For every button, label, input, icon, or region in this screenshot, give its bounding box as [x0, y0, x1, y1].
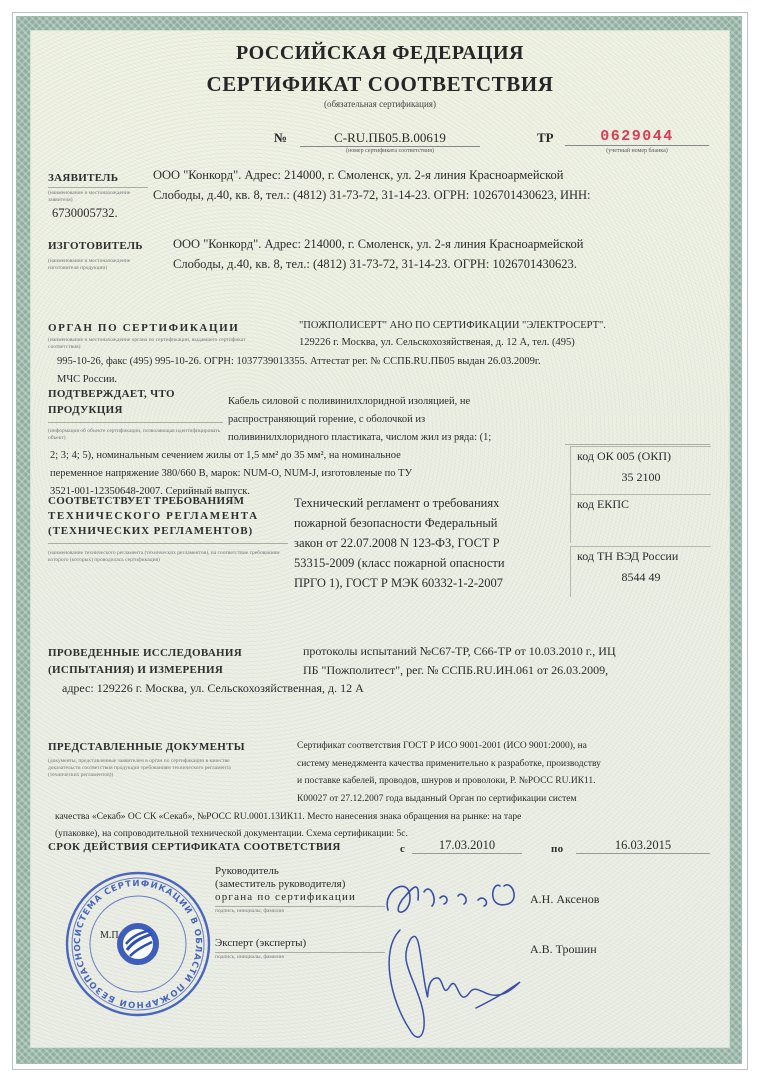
documents-line-3: и поставке кабелей, проводов, шнуров и п… [297, 773, 596, 791]
tp-label: ТР [537, 130, 554, 146]
documents-line-5: качества «Секаб» ОС СК «Секаб», №РОСС RU… [55, 809, 521, 827]
product-line-5: переменное напряжение 380/660 В, марок: … [50, 465, 412, 482]
head-title-line-2: (заместитель руководителя) [215, 878, 345, 890]
documents-caption: (документы, представленные заявителем в … [48, 758, 248, 779]
number-label: № [274, 130, 287, 146]
expert-signature-caption: подпись, инициалы, фамилия [215, 954, 284, 960]
applicant-line-2: Слободы, д.40, кв. 8, тел.: (4812) 31-73… [153, 186, 591, 205]
expert-signature-icon [380, 920, 540, 1050]
documents-line-2: систему менеджмента качества применитель… [297, 756, 601, 774]
code-ekps-label: код ЕКПС [571, 495, 711, 512]
applicant-label: ЗАЯВИТЕЛЬ [48, 172, 118, 184]
product-label-line-1: ПОДТВЕРЖДАЕТ, ЧТО [48, 388, 175, 400]
divider [215, 906, 385, 907]
tests-line-3: адрес: 129226 г. Москва, ул. Сельскохозя… [62, 679, 364, 698]
manufacturer-line-1: ООО "Конкорд". Адрес: 214000, г. Смоленс… [173, 235, 583, 254]
code-ekps-box: код ЕКПС [570, 494, 711, 543]
certificate-title: СЕРТИФИКАТ СООТВЕТСТВИЯ [0, 72, 760, 97]
product-caption: (информация об объекте сертификации, поз… [48, 428, 223, 442]
head-title-line-1: Руководитель [215, 865, 279, 877]
blank-serial-caption: (учетный номер бланка) [565, 148, 709, 154]
divider [48, 187, 148, 188]
validity-to-label: по [551, 843, 563, 855]
tests-line-2: ПБ "Пожполитест", рег. № ССПБ.RU.ИН.061 … [303, 661, 608, 680]
documents-label: ПРЕДСТАВЛЕННЫЕ ДОКУМЕНТЫ [48, 741, 245, 753]
certification-body-caption: (наименование и местонахождение органа п… [48, 337, 278, 351]
regulations-line-2: пожарной безопасности Федеральный [294, 514, 497, 533]
manufacturer-caption: (наименование и местонахождение изготови… [48, 258, 148, 272]
validity-from-date: 17.03.2010 [412, 838, 522, 854]
divider [48, 422, 223, 423]
product-line-2: распространяющий горение, с оболочкой из [228, 411, 425, 428]
code-tnved-value: 8544 49 [571, 564, 711, 585]
certification-body-line-1: "ПОЖПОЛИСЕРТ" АНО ПО СЕРТИФИКАЦИИ "ЭЛЕКТ… [299, 317, 606, 334]
certificate-number: C-RU.ПБ05.В.00619 [300, 130, 480, 147]
certification-stamp-icon: СИСТЕМА СЕРТИФИКАЦИИ В ОБЛАСТИ ПОЖАРНОЙ … [64, 870, 212, 1018]
regulations-line-3: закон от 22.07.2008 N 123-ФЗ, ГОСТ Р [294, 534, 500, 553]
head-name: А.Н. Аксенов [530, 892, 599, 907]
product-line-4: 2; 3; 4; 5), номинальным сечением жилы о… [50, 447, 401, 464]
manufacturer-label: ИЗГОТОВИТЕЛЬ [48, 240, 143, 252]
regulations-label-line-3: (ТЕХНИЧЕСКИХ РЕГЛАМЕНТОВ) [48, 525, 253, 537]
validity-label: СРОК ДЕЙСТВИЯ СЕРТИФИКАТА СООТВЕТСТВИЯ [48, 841, 341, 853]
tests-line-1: протоколы испытаний №С67-ТР, С66-ТР от 1… [303, 642, 616, 661]
head-signature-caption: подпись, инициалы, фамилия [215, 908, 284, 914]
head-title-line-3: органа по сертификации [215, 891, 356, 903]
tests-label-line-2: (ИСПЫТАНИЯ) И ИЗМЕРЕНИЯ [48, 664, 223, 676]
certification-body-line-3: 995-10-26, факс (495) 995-10-26. ОГРН: 1… [57, 353, 541, 370]
divider [215, 952, 385, 953]
applicant-inn: 6730005732. [52, 204, 118, 223]
validity-from-label: с [400, 843, 405, 855]
manufacturer-line-2: Слободы, д.40, кв. 8, тел.: (4812) 31-73… [173, 255, 577, 274]
blank-serial-number: 0629044 [565, 128, 709, 146]
code-okp-value: 35 2100 [571, 464, 711, 485]
applicant-line-1: ООО "Конкорд". Адрес: 214000, г. Смоленс… [153, 166, 563, 185]
regulations-line-5: ПРГО 1), ГОСТ Р МЭК 60332-1-2-2007 [294, 574, 503, 593]
regulations-caption: (наименование технического регламента (т… [48, 550, 283, 564]
code-ekps-value [571, 512, 711, 518]
documents-line-4: К00027 от 27.12.2007 года выданный Орган… [297, 791, 576, 809]
product-label-line-2: ПРОДУКЦИЯ [48, 404, 123, 416]
certification-body-line-2: 129226 г. Москва, ул. Сельскохозяйствена… [299, 334, 575, 351]
code-okp-label: код ОК 005 (ОКП) [571, 447, 711, 464]
code-tnved-label: код ТН ВЭД России [571, 547, 711, 564]
certification-body-line-4: МЧС России. [57, 371, 117, 388]
code-tnved-box: код ТН ВЭД России 8544 49 [570, 546, 711, 597]
regulations-label-line-2: ТЕХНИЧЕСКОГО РЕГЛАМЕНТА [48, 510, 259, 522]
divider [48, 543, 288, 544]
expert-title: Эксперт (эксперты) [215, 937, 306, 949]
country-heading: РОССИЙСКАЯ ФЕДЕРАЦИЯ [0, 42, 760, 65]
tests-label-line-1: ПРОВЕДЕННЫЕ ИССЛЕДОВАНИЯ [48, 647, 242, 659]
documents-line-1: Сертификат соответствия ГОСТ Р ИСО 9001-… [297, 738, 587, 756]
code-okp-box: код ОК 005 (ОКП) 35 2100 [570, 446, 711, 495]
regulations-line-4: 53315-2009 (класс пожарной опасности [294, 554, 505, 573]
certificate-subtitle: (обязательная сертификация) [0, 99, 760, 109]
product-line-3: поливинилхлоридного пластиката, числом ж… [228, 429, 491, 446]
product-line-1: Кабель силовой с поливинилхлоридной изол… [228, 393, 470, 410]
regulations-label-line-1: СООТВЕТСТВУЕТ ТРЕБОВАНИЯМ [48, 495, 244, 507]
certificate-number-caption: (номер сертификата соответствия) [300, 148, 480, 154]
certification-body-label: ОРГАН ПО СЕРТИФИКАЦИИ [48, 322, 239, 334]
applicant-caption: (наименование и местонахождение заявител… [48, 190, 148, 204]
divider [565, 444, 710, 445]
regulations-line-1: Технический регламент о требованиях [294, 494, 499, 513]
validity-to-date: 16.03.2015 [576, 838, 710, 854]
